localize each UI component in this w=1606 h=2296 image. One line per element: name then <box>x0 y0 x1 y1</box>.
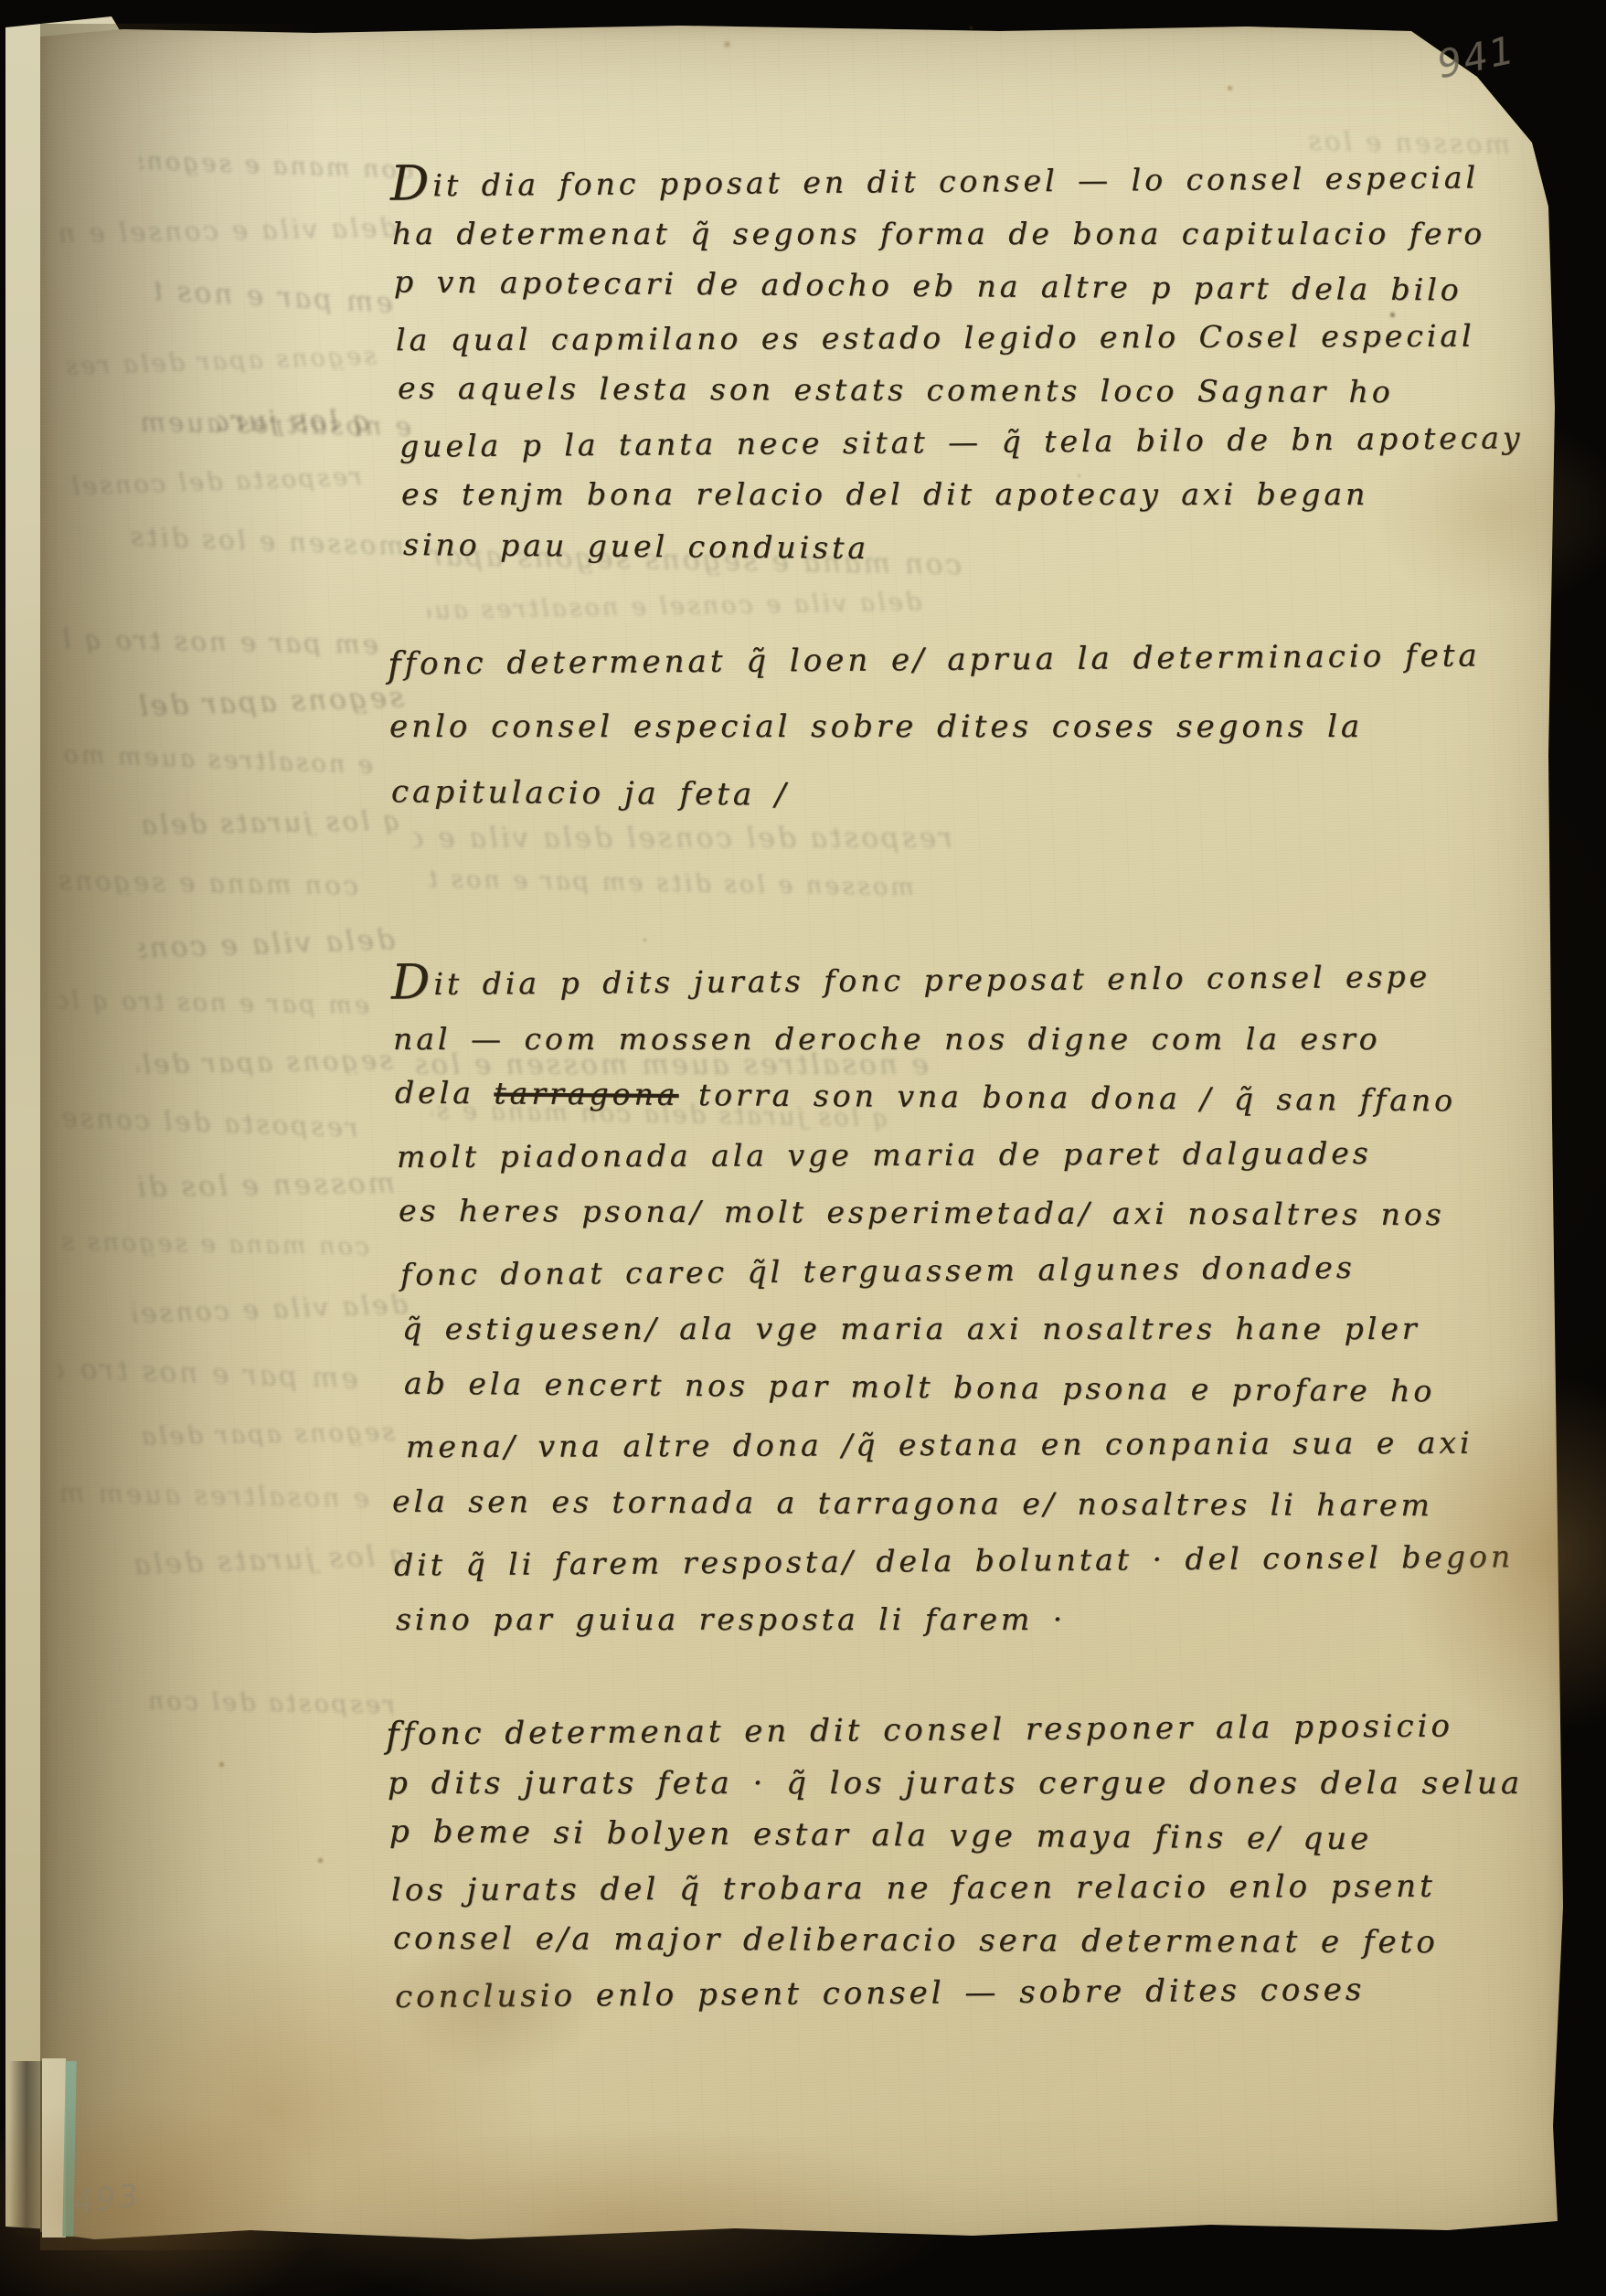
manuscript-photo: con mana e segons segons apar deladela v… <box>0 0 1606 2296</box>
archival-number: 493 <box>71 2177 143 2221</box>
manuscript-page <box>40 24 1565 2250</box>
folio-number: 941 <box>1433 27 1519 88</box>
foxing-specks <box>0 0 1 1</box>
